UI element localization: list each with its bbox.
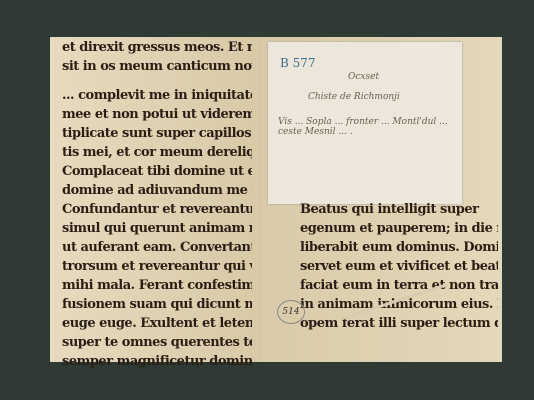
slip-line: Chiste de Richmonji [308,92,400,102]
slip-body: Vis ... Sopla ... fronter ... Montl'dul … [278,117,453,137]
slip-title: Ocxset [348,72,379,82]
right-page-text: Beatus qui intelligit superegenum et pau… [300,200,498,333]
left-page-text: et direxit gressus meos. Et misit in os … [62,38,252,371]
paper-slip: B 577 Ocxset Chiste de Richmonji Vis ...… [268,42,462,204]
shelfmark: B 577 [280,56,316,70]
folio-stamp: 514 [277,300,305,324]
